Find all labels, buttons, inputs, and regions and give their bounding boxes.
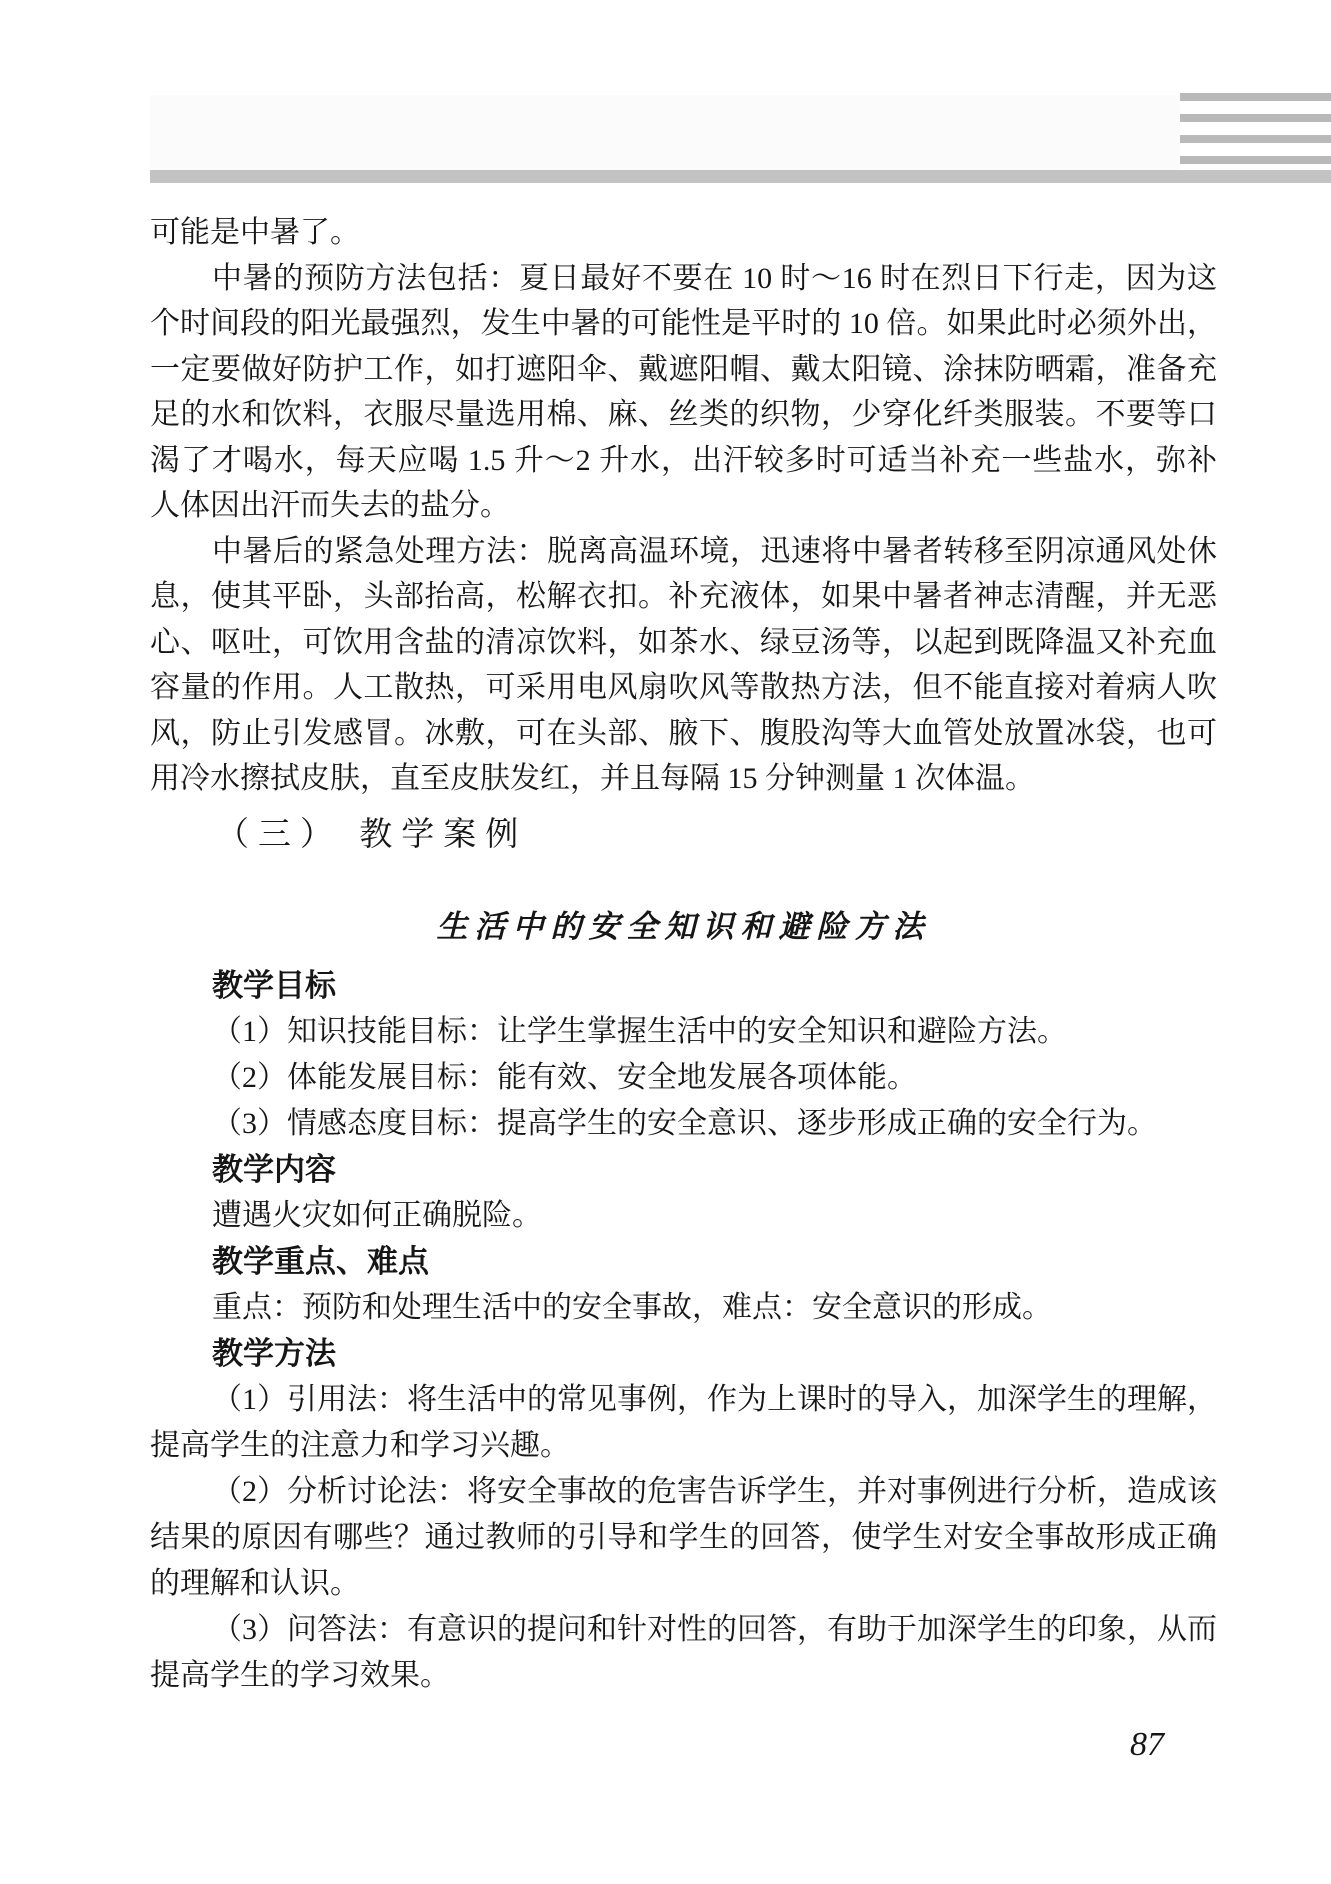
text-line: 重点：预防和处理生活中的安全事故，难点：安全意识的形成。 xyxy=(150,1285,1217,1331)
text-line: （1）知识技能目标：让学生掌握生活中的安全知识和避险方法。 xyxy=(150,1009,1217,1055)
text-line: 中暑的预防方法包括：夏日最好不要在 10 时～16 时在烈日下行走，因为这 xyxy=(150,256,1217,302)
text-line: 教学方法 xyxy=(150,1331,1217,1377)
text-line: 提高学生的学习效果。 xyxy=(150,1653,1217,1699)
book-page: 可能是中暑了。中暑的预防方法包括：夏日最好不要在 10 时～16 时在烈日下行走… xyxy=(0,0,1331,1884)
header-strip xyxy=(150,170,1331,183)
teaching-case-body: 教学目标（1）知识技能目标：让学生掌握生活中的安全知识和避险方法。（2）体能发展… xyxy=(150,963,1217,1699)
text-line: 容量的作用。人工散热，可采用电风扇吹风等散热方法，但不能直接对着病人吹 xyxy=(150,665,1217,711)
text-line: 教学重点、难点 xyxy=(150,1239,1217,1285)
page-number: 87 xyxy=(1130,1726,1164,1764)
text-line: 人体因出汗而失去的盐分。 xyxy=(150,483,1217,529)
text-line: （1）引用法：将生活中的常见事例，作为上课时的导入，加深学生的理解， xyxy=(150,1377,1217,1423)
text-line: 息，使其平卧，头部抬高，松解衣扣。补充液体，如果中暑者神志清醒，并无恶 xyxy=(150,574,1217,620)
article-paragraphs: 可能是中暑了。中暑的预防方法包括：夏日最好不要在 10 时～16 时在烈日下行走… xyxy=(150,210,1217,802)
section-heading: （三） 教学案例 xyxy=(216,808,527,855)
header-bar-icon xyxy=(1180,114,1331,122)
text-line: 遭遇火灾如何正确脱险。 xyxy=(150,1193,1217,1239)
text-line: 心、呕吐，可饮用含盐的清凉饮料，如茶水、绿豆汤等，以起到既降温又补充血 xyxy=(150,620,1217,666)
text-line: 结果的原因有哪些？通过教师的引导和学生的回答，使学生对安全事故形成正确 xyxy=(150,1515,1217,1561)
text-line: 教学内容 xyxy=(150,1147,1217,1193)
text-line: 足的水和饮料，衣服尽量选用棉、麻、丝类的织物，少穿化纤类服装。不要等口 xyxy=(150,392,1217,438)
text-line: （3）问答法：有意识的提问和针对性的回答，有助于加深学生的印象，从而 xyxy=(150,1607,1217,1653)
header-bar-icon xyxy=(1180,156,1331,164)
text-line: 教学目标 xyxy=(150,963,1217,1009)
header-bar-icon xyxy=(1180,93,1331,101)
text-line: 风，防止引发感冒。冰敷，可在头部、腋下、腹股沟等大血管处放置冰袋，也可 xyxy=(150,711,1217,757)
text-line: 个时间段的阳光最强烈，发生中暑的可能性是平时的 10 倍。如果此时必须外出， xyxy=(150,301,1217,347)
text-line: 的理解和认识。 xyxy=(150,1561,1217,1607)
header-bar-icon xyxy=(1180,135,1331,143)
text-line: 可能是中暑了。 xyxy=(150,210,1217,256)
text-line: （2）体能发展目标：能有效、安全地发展各项体能。 xyxy=(150,1055,1217,1101)
text-line: （3）情感态度目标：提高学生的安全意识、逐步形成正确的安全行为。 xyxy=(150,1101,1217,1147)
text-line: 一定要做好防护工作，如打遮阳伞、戴遮阳帽、戴太阳镜、涂抹防晒霜，准备充 xyxy=(150,347,1217,393)
text-line: 中暑后的紧急处理方法：脱离高温环境，迅速将中暑者转移至阴凉通风处休 xyxy=(150,529,1217,575)
text-line: 用冷水擦拭皮肤，直至皮肤发红，并且每隔 15 分钟测量 1 次体温。 xyxy=(150,756,1217,802)
header-band xyxy=(150,95,1180,170)
header-bars xyxy=(1180,93,1331,177)
case-title: 生活中的安全知识和避险方法 xyxy=(150,901,1217,946)
text-line: 渴了才喝水，每天应喝 1.5 升～2 升水，出汗较多时可适当补充一些盐水，弥补 xyxy=(150,438,1217,484)
text-line: （2）分析讨论法：将安全事故的危害告诉学生，并对事例进行分析，造成该 xyxy=(150,1469,1217,1515)
text-line: 提高学生的注意力和学习兴趣。 xyxy=(150,1423,1217,1469)
